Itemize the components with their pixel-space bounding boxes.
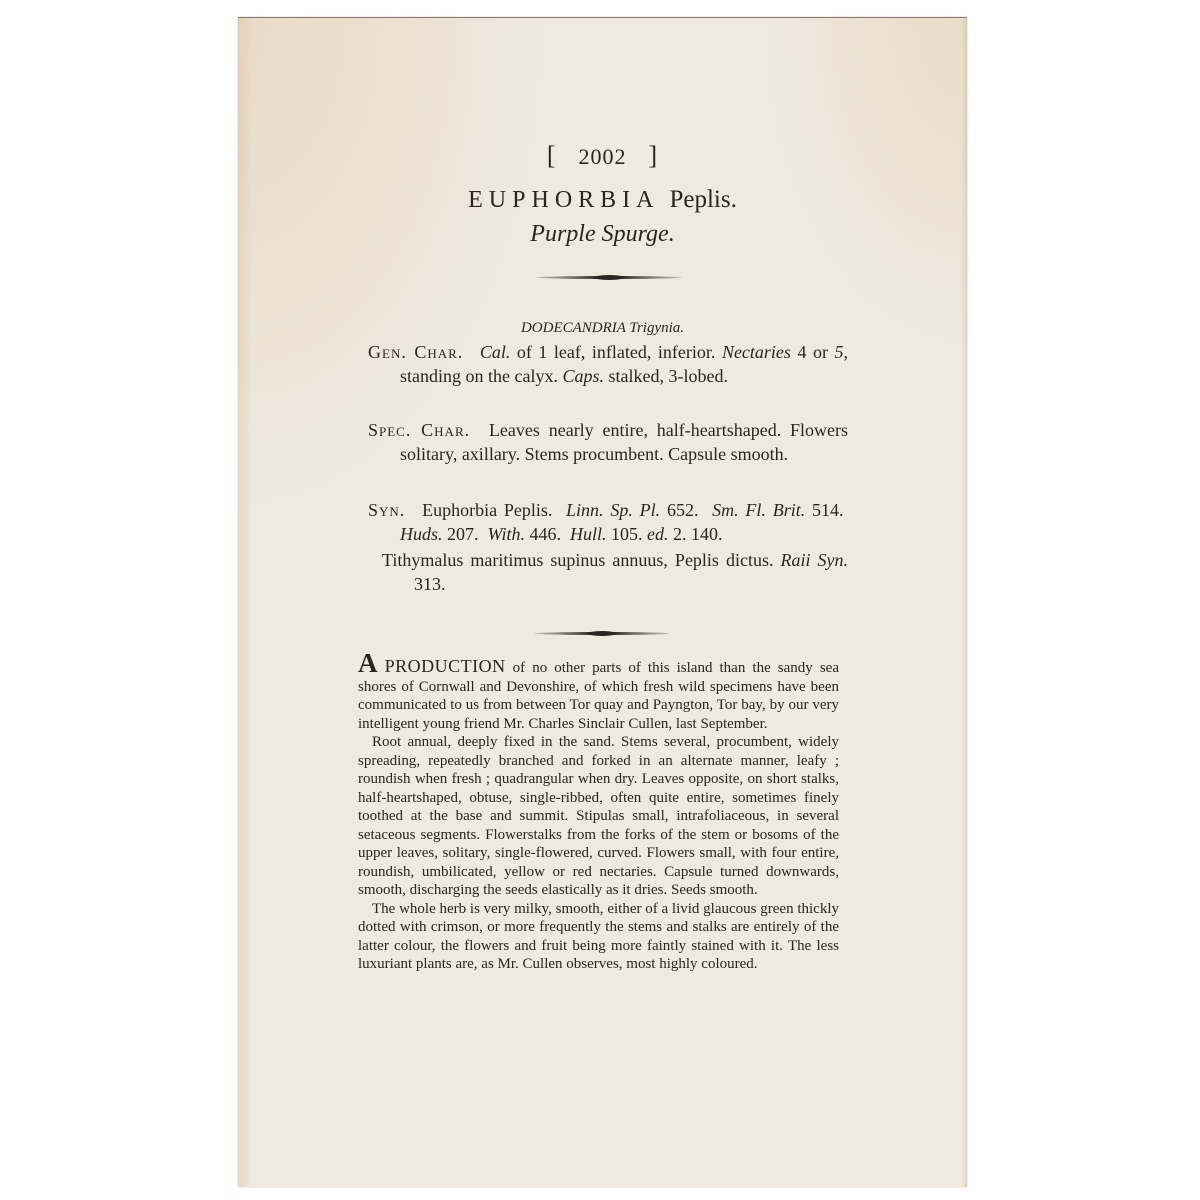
gen-char-text: 5, bbox=[835, 342, 849, 362]
syn-alt-ref-author: Raii Syn. bbox=[780, 550, 848, 570]
paragraph-1: A PRODUCTION of no other parts of this i… bbox=[358, 654, 839, 733]
classification: DODECANDRIA Trigynia. bbox=[238, 320, 967, 337]
syn-ref-author: Sm. Fl. Brit. bbox=[712, 500, 805, 520]
gen-char-text: 4 or bbox=[791, 342, 835, 362]
page-title: EUPHORBIAPeplis. bbox=[238, 186, 967, 214]
description: A PRODUCTION of no other parts of this i… bbox=[358, 654, 839, 974]
syn-ref-num: 514. bbox=[812, 500, 844, 520]
syn-ref-author: ed. bbox=[647, 524, 669, 544]
paragraph-3: The whole herb is very milky, smooth, ei… bbox=[358, 900, 839, 974]
page-number-value: 2002 bbox=[579, 144, 627, 169]
page-number: [2002] bbox=[238, 141, 967, 171]
common-name: Purple Spurge. bbox=[238, 221, 967, 248]
gen-char-text: standing on the calyx. bbox=[400, 366, 562, 386]
lead-caps: PRODUCTION bbox=[385, 656, 506, 676]
syn-ref-author: Linn. Sp. Pl. bbox=[566, 500, 660, 520]
gen-char-text: stalked, 3-lobed. bbox=[604, 366, 728, 386]
gen-char-text: Cal. bbox=[480, 342, 511, 362]
syn-alt-ref-num: 313. bbox=[414, 574, 446, 594]
syn-name: Euphorbia Peplis. bbox=[422, 500, 552, 520]
specific-character: Spec. Char. Leaves nearly entire, half-h… bbox=[368, 418, 848, 466]
gen-char-label: Gen. Char. bbox=[368, 342, 463, 362]
syn-alt-name: Tithymalus maritimus supinus annuus, Pep… bbox=[382, 550, 773, 570]
book-page: [2002] EUPHORBIAPeplis. Purple Spurge. D… bbox=[238, 17, 967, 1187]
syn-alt: Tithymalus maritimus supinus annuus, Pep… bbox=[368, 548, 848, 596]
paragraph-2: Root annual, deeply fixed in the sand. S… bbox=[358, 733, 839, 900]
syn-ref-author: With. bbox=[488, 524, 526, 544]
syn-ref-num: 2. 140. bbox=[673, 524, 723, 544]
bracket-open: [ bbox=[547, 141, 557, 170]
drop-cap: A bbox=[358, 648, 378, 678]
syn-label: Syn. bbox=[368, 500, 405, 520]
syn-ref-num: 105. bbox=[611, 524, 643, 544]
spec-char-label: Spec. Char. bbox=[368, 420, 470, 440]
species-name: Peplis. bbox=[669, 186, 736, 213]
gen-char-text: Nectaries bbox=[722, 342, 791, 362]
syn-ref-num: 207. bbox=[447, 524, 479, 544]
generic-character: Gen. Char. Cal. of 1 leaf, inflated, inf… bbox=[368, 340, 848, 388]
synonymy: Syn. Euphorbia Peplis. Linn. Sp. Pl. 652… bbox=[368, 498, 848, 596]
gen-char-text: Caps. bbox=[562, 366, 604, 386]
ornamental-rule-middle bbox=[534, 632, 670, 635]
ornamental-rule-top bbox=[536, 276, 682, 279]
syn-ref-author: Hull. bbox=[570, 524, 607, 544]
bracket-close: ] bbox=[649, 141, 659, 170]
syn-ref-num: 446. bbox=[530, 524, 562, 544]
genus-name: EUPHORBIA bbox=[468, 187, 659, 213]
gen-char-text: of 1 leaf, inflated, inferior. bbox=[510, 342, 722, 362]
syn-ref-num: 652. bbox=[667, 500, 699, 520]
syn-ref-author: Huds. bbox=[400, 524, 443, 544]
